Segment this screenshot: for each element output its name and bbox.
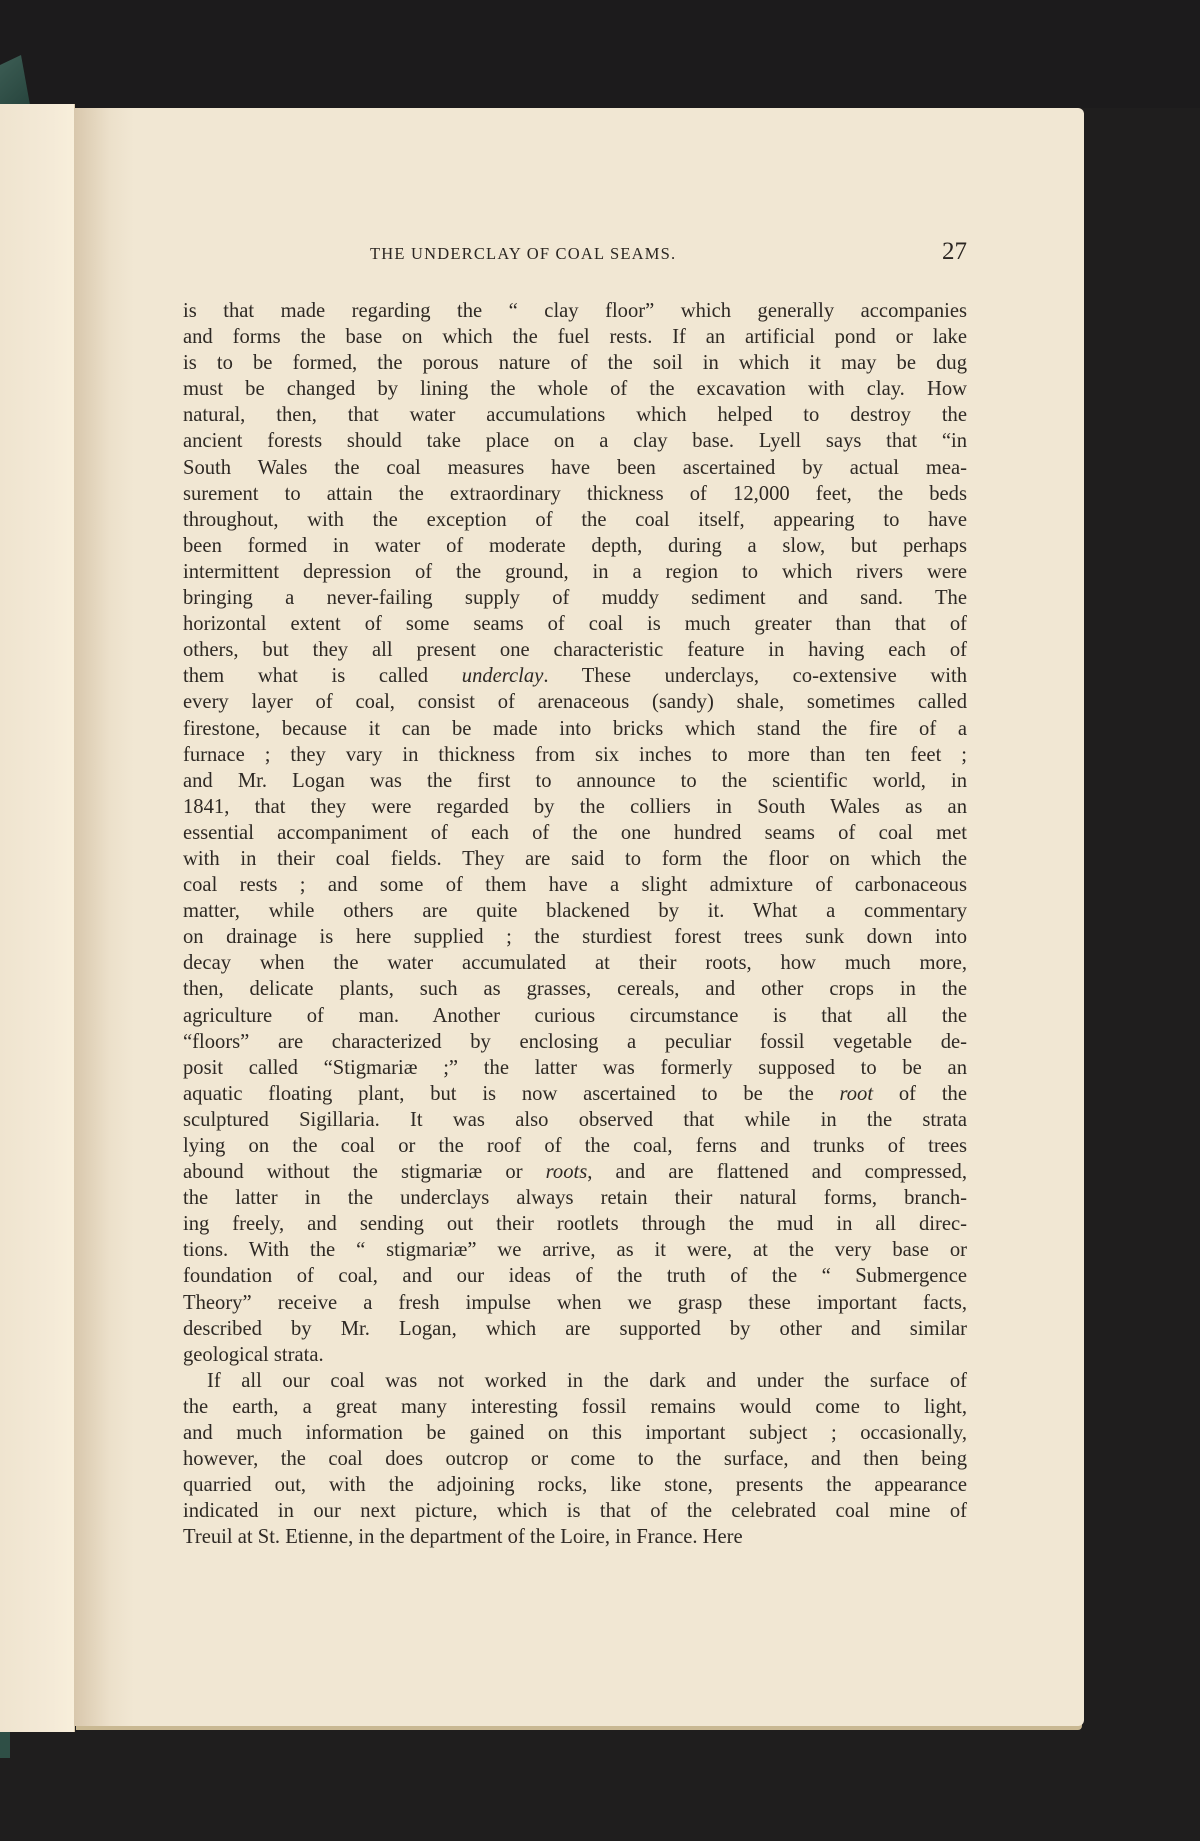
page-number: 27	[942, 238, 967, 266]
text-line: others, but they all present one charact…	[183, 637, 967, 663]
text-line: horizontal extent of some seams of coal …	[183, 611, 967, 637]
running-title: THE UNDERCLAY OF COAL SEAMS.	[370, 244, 676, 264]
text-line: every layer of coal, consist of arenaceo…	[183, 689, 967, 715]
text-line: foundation of coal, and our ideas of the…	[183, 1263, 967, 1289]
text-line: sculptured Sigillaria. It was also obser…	[183, 1107, 967, 1133]
italic-term: underclay	[462, 665, 544, 687]
paragraph: If all our coal was not worked in the da…	[183, 1368, 967, 1551]
text-line: decay when the water accumulated at thei…	[183, 950, 967, 976]
text-line: the latter in the underclays always reta…	[183, 1185, 967, 1211]
italic-term: root	[840, 1083, 874, 1105]
text-line: been formed in water of moderate depth, …	[183, 533, 967, 559]
text-line: aquatic floating plant, but is now ascer…	[183, 1081, 967, 1107]
text-line: coal rests ; and some of them have a sli…	[183, 872, 967, 898]
text-line: on drainage is here supplied ; the sturd…	[183, 924, 967, 950]
text-line: intermittent depression of the ground, i…	[183, 559, 967, 585]
text-line: surement to attain the extraordinary thi…	[183, 481, 967, 507]
text-line: geological strata.	[183, 1342, 967, 1368]
running-head: THE UNDERCLAY OF COAL SEAMS. 27	[183, 242, 967, 272]
text-line: and Mr. Logan was the first to announce …	[183, 768, 967, 794]
book-cover-cloth-bottom	[0, 1728, 10, 1758]
body-text: is that made regarding the “ clay floor”…	[183, 298, 967, 1551]
text-line: “floors” are characterized by enclosing …	[183, 1029, 967, 1055]
text-line: however, the coal does outcrop or come t…	[183, 1446, 967, 1472]
text-line: ancient forests should take place on a c…	[183, 428, 967, 454]
text-line: natural, then, that water accumulations …	[183, 402, 967, 428]
text-line: and forms the base on which the fuel res…	[183, 324, 967, 350]
text-line: 1841, that they were regarded by the col…	[183, 794, 967, 820]
text-line: abound without the stigmariæ or roots, a…	[183, 1159, 967, 1185]
text-line: matter, while others are quite blackened…	[183, 898, 967, 924]
text-line: posit called “Stigmariæ ;” the latter wa…	[183, 1055, 967, 1081]
text-line: furnace ; they vary in thickness from si…	[183, 742, 967, 768]
text-line: then, delicate plants, such as grasses, …	[183, 976, 967, 1002]
backdrop	[0, 0, 1200, 108]
text-line: Treuil at St. Etienne, in the department…	[183, 1524, 967, 1550]
text-line: essential accompaniment of each of the o…	[183, 820, 967, 846]
text-line: them what is called underclay. These und…	[183, 663, 967, 689]
italic-term: roots	[546, 1161, 588, 1183]
text-line: is that made regarding the “ clay floor”…	[183, 298, 967, 324]
text-line: the earth, a great many interesting foss…	[183, 1394, 967, 1420]
text-line: with in their coal fields. They are said…	[183, 846, 967, 872]
text-line: lying on the coal or the roof of the coa…	[183, 1133, 967, 1159]
text-line: and much information be gained on this i…	[183, 1420, 967, 1446]
text-line: firestone, because it can be made into b…	[183, 716, 967, 742]
text-line: must be changed by lining the whole of t…	[183, 376, 967, 402]
facing-page-edge	[0, 104, 75, 1732]
paragraph: is that made regarding the “ clay floor”…	[183, 298, 967, 1368]
text-line: is to be formed, the porous nature of th…	[183, 350, 967, 376]
text-line: tions. With the “ stigmariæ” we arrive, …	[183, 1237, 967, 1263]
text-line: ing freely, and sending out their rootle…	[183, 1211, 967, 1237]
text-line: Theory” receive a fresh impulse when we …	[183, 1290, 967, 1316]
text-line: throughout, with the exception of the co…	[183, 507, 967, 533]
text-line: If all our coal was not worked in the da…	[183, 1368, 967, 1394]
text-line: described by Mr. Logan, which are suppor…	[183, 1316, 967, 1342]
text-line: indicated in our next picture, which is …	[183, 1498, 967, 1524]
text-line: South Wales the coal measures have been …	[183, 455, 967, 481]
text-line: agriculture of man. Another curious circ…	[183, 1003, 967, 1029]
text-line: bringing a never-failing supply of muddy…	[183, 585, 967, 611]
text-line: quarried out, with the adjoining rocks, …	[183, 1472, 967, 1498]
